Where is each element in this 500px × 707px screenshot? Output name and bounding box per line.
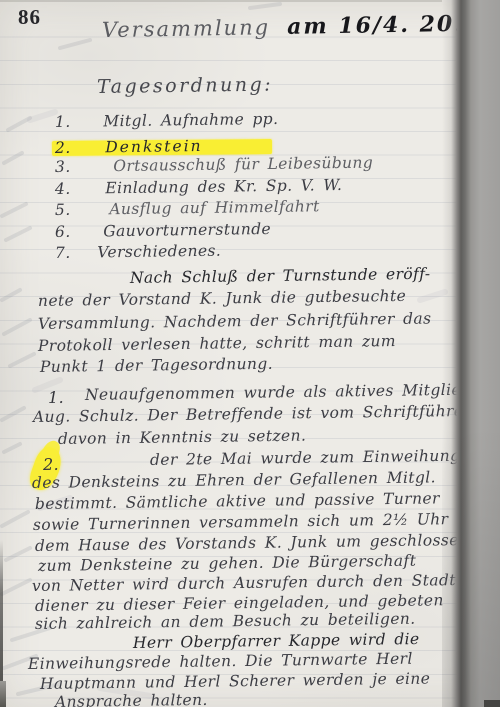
agenda-heading: Tagesordnung: bbox=[97, 76, 273, 97]
agenda-text: Ortsausschuß für Leibesübung bbox=[113, 154, 373, 176]
agenda-item-6: 6. Gauvorturnerstunde bbox=[55, 222, 271, 241]
bottom-left-edge-mark bbox=[0, 681, 6, 707]
agenda-number: 4. bbox=[55, 182, 79, 198]
agenda-item-4: 4. Einladung des Kr. Sp. V. W. bbox=[55, 178, 343, 198]
agenda-text: Mitgl. Aufnahme pp. bbox=[103, 110, 278, 130]
scanned-protocol-page: 86 Versammlung am 16/4. 20. Tagesordnung… bbox=[0, 0, 500, 707]
agenda-text: Verschiedenes. bbox=[97, 242, 221, 262]
book-spine-shadow bbox=[442, 0, 500, 707]
agenda-item-5: 5. Ausflug auf Himmelfahrt bbox=[55, 199, 320, 218]
item2-line: Ansprache halten. bbox=[55, 693, 208, 707]
item2-marker: 2. bbox=[43, 457, 59, 473]
agenda-number: 1. bbox=[55, 115, 79, 131]
agenda-number: 3. bbox=[55, 160, 79, 176]
intro-line: Punkt 1 der Tagesordnung. bbox=[40, 357, 273, 376]
agenda-item-1: 1. Mitgl. Aufnahme pp. bbox=[55, 112, 279, 131]
item2-line: Herr Oberpfarrer Kappe wird die bbox=[133, 632, 420, 651]
agenda-number: 7. bbox=[55, 246, 79, 262]
item1-marker: 1. bbox=[48, 390, 64, 406]
agenda-item-7: 7. Verschiedenes. bbox=[55, 244, 221, 262]
agenda-number: 6. bbox=[55, 225, 79, 241]
agenda-text: Denkstein bbox=[105, 137, 203, 156]
agenda-item-2-denkstein: 2. Denkstein bbox=[55, 139, 203, 157]
meeting-date: am 16/4. 20. bbox=[287, 11, 464, 40]
agenda-number: 5. bbox=[55, 203, 79, 219]
top-edge-shadow bbox=[0, 0, 442, 2]
agenda-text: Ausflug auf Himmelfahrt bbox=[109, 197, 320, 218]
page-number: 86 bbox=[18, 5, 41, 30]
agenda-text: Einladung des Kr. Sp. V. W. bbox=[105, 176, 342, 197]
agenda-text: Gauvorturnerstunde bbox=[103, 220, 271, 240]
meeting-title-word: Versammlung bbox=[102, 15, 270, 42]
agenda-number: 2. bbox=[55, 141, 79, 157]
bottom-right-edge-mark bbox=[484, 700, 500, 707]
item1-line: davon in Kenntnis zu setzen. bbox=[58, 429, 306, 448]
